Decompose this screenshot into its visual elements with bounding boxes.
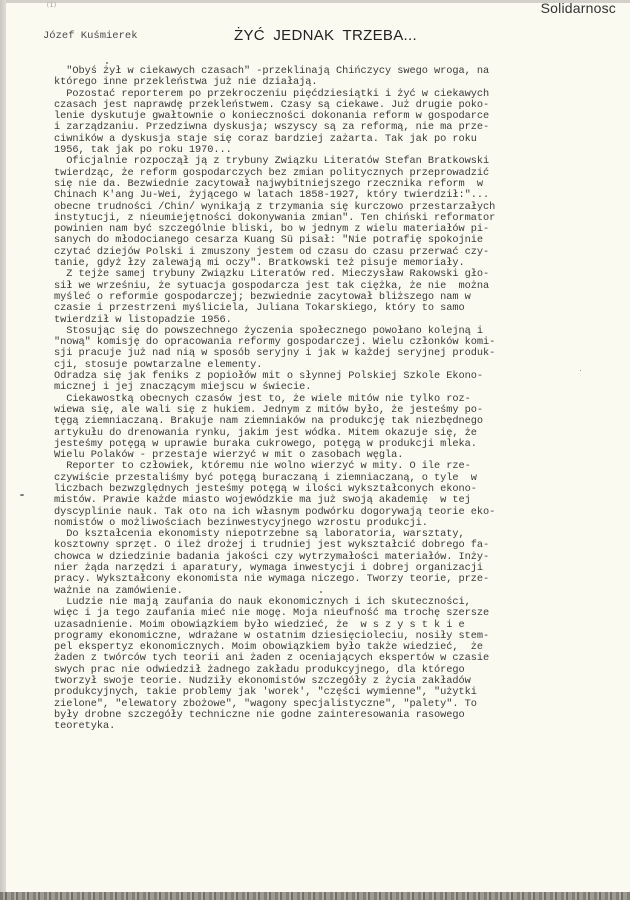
text-line: Oficjalnie rozpoczął ją z trybuny Związk… [54,156,614,167]
scan-speck [320,591,322,593]
page-marker: (1) [46,2,57,9]
text-line: były drobne szczegóły techniczne nie god… [54,710,614,721]
scan-bottom-edge [0,892,630,900]
text-line: Z tejże samej trybuny Związku Literatów … [54,269,614,280]
text-line: którego inne przekleństwa już nie działa… [54,77,614,88]
text-line: Chinach K'ang Ju-Wei, żyjącego w latach … [54,190,614,201]
article-title: ŻYĆ JEDNAK TRZEBA... [234,27,417,44]
text-line: więc i ja tego zaufania mieć nie mogę. M… [54,608,614,619]
text-line: teoretyka. [54,721,614,732]
text-line: tęgą ziemniaczaną. Brakuje nam ziemniakó… [54,416,614,427]
scan-speck [20,494,24,496]
text-line: Reporter to człowiek, któremu nie wolno … [54,461,614,472]
text-line: micznej i jej znaczącym miejscu w świeci… [54,382,614,393]
document-page: (1) Solidarnosc Józef Kuśmierek ŻYĆ JEDN… [6,0,630,900]
author-name: Józef Kuśmierek [43,30,138,42]
text-line: pracy. Wykształcony ekonomista nie wymag… [54,574,614,585]
scan-speck [106,62,108,64]
scan-speck [580,370,581,371]
publication-name: Solidarnosc [541,0,616,16]
text-line: mistów. Prawie każde miasto wojewódzkie … [54,495,614,506]
text-line: czasie i przestrzeni myśliciela, Juliana… [54,303,614,314]
article-body: "Obyś żył w ciekawych czasach" -przeklin… [54,66,614,733]
text-line: produkcyjnych, takie problemy jak 'worek… [54,687,614,698]
